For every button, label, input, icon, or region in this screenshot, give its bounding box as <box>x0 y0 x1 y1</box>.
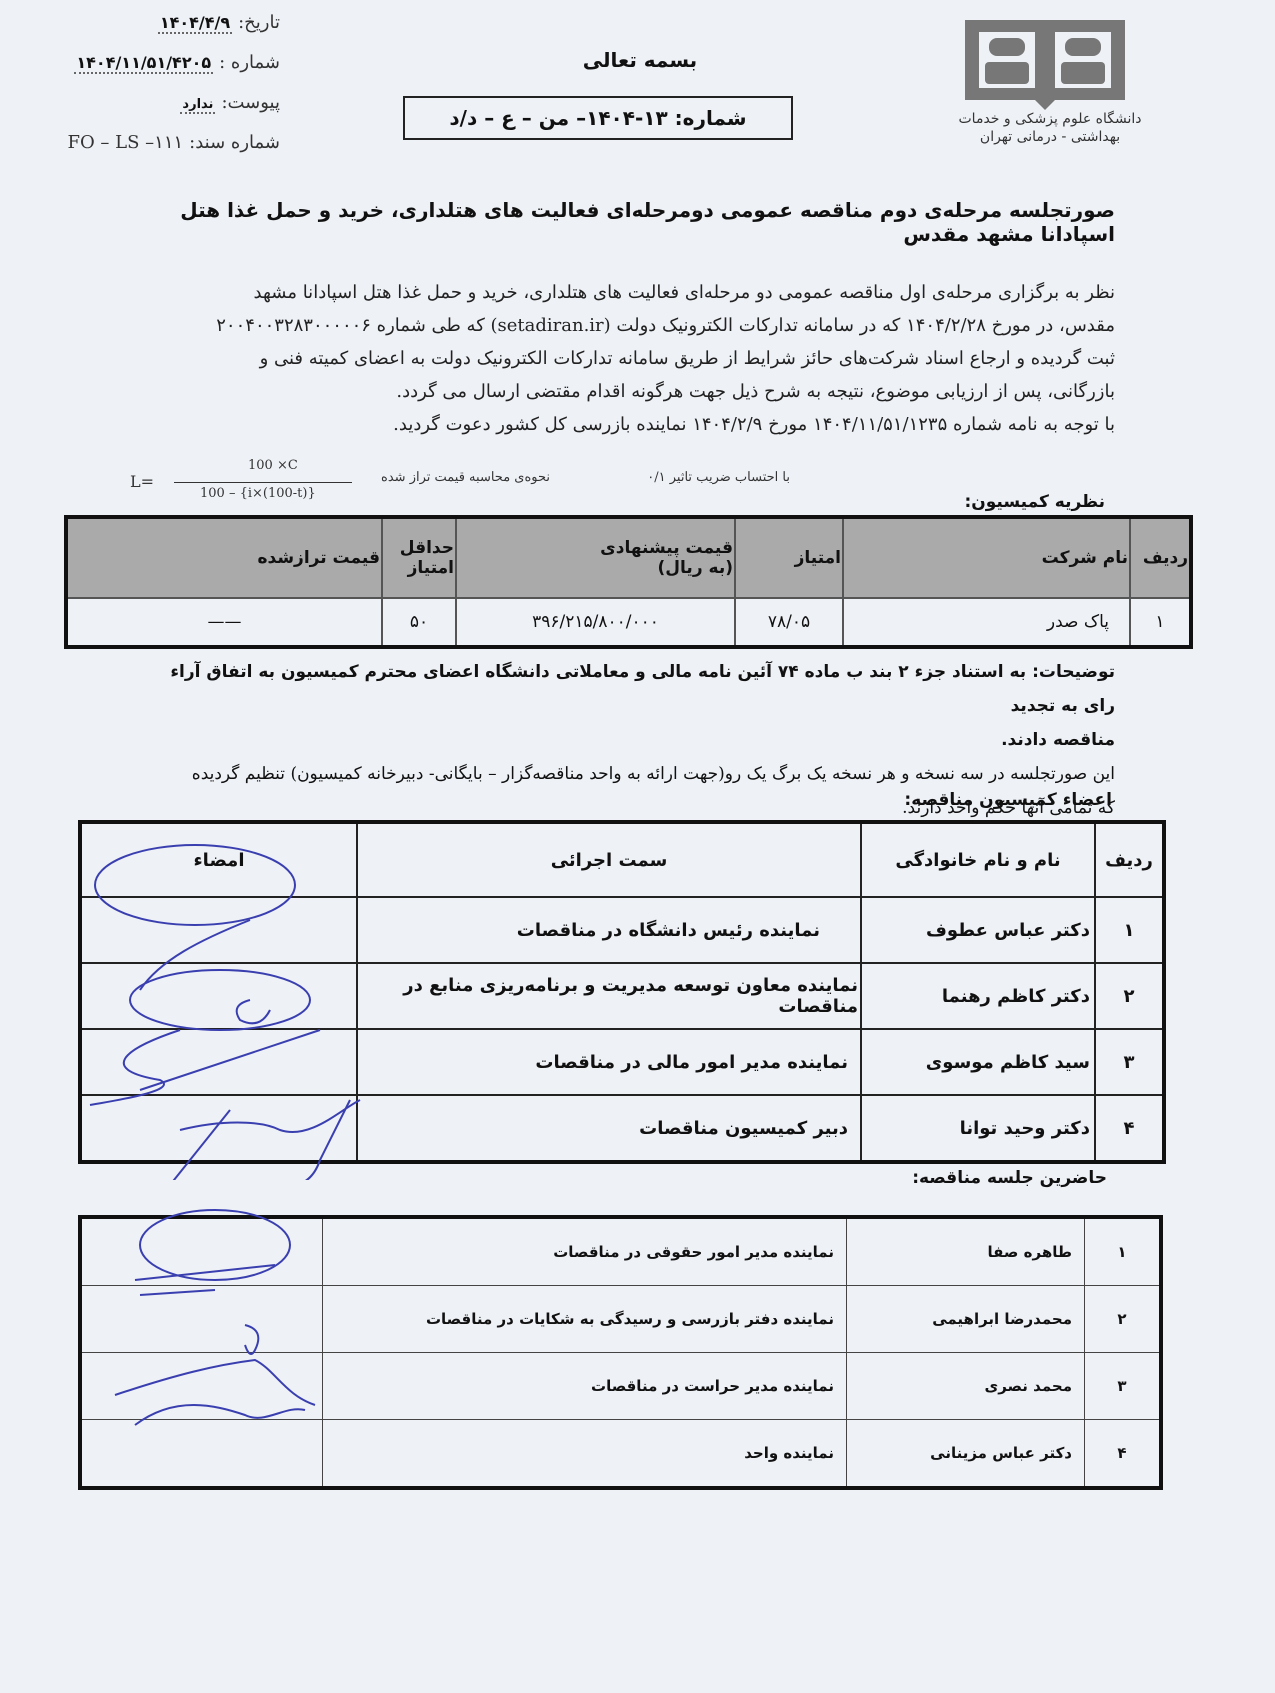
cell-name: سید کاظم موسوی <box>861 1029 1095 1095</box>
document-title: صورتجلسه مرحله‌ی دوم مناقصه عمومی دومرحل… <box>180 198 1115 246</box>
cell-row-number: ۱ <box>1085 1217 1162 1286</box>
intro-line: با توجه به نامه شماره ۱۴۰۴/۱۱/۵۱/۱۲۳۵ مو… <box>155 408 1115 441</box>
university-logo <box>965 20 1125 110</box>
formula-numerator: 100 ×C <box>248 458 298 473</box>
cell-name: دکتر عباس مزینانی <box>847 1420 1085 1489</box>
cell-signature <box>80 1217 323 1286</box>
university-name: دانشگاه علوم پزشکی و خدمات بهداشتی - درم… <box>955 110 1145 146</box>
table-row: ۲ محمدرضا ابراهیمی نماینده دفتر بازرسی و… <box>80 1286 1161 1353</box>
cell-row-number: ۴ <box>1095 1095 1164 1162</box>
intro-paragraph: نظر به برگزاری مرحله‌ی اول مناقصه عمومی … <box>155 276 1115 441</box>
cell-row-number: ۱ <box>1130 598 1191 647</box>
table-row: ۱ طاهره صفا نماینده مدیر امور حقوقی در م… <box>80 1217 1161 1286</box>
cell-role: نماینده دفتر بازرسی و رسیدگی به شکایات د… <box>323 1286 847 1353</box>
cell-row-number: ۳ <box>1085 1353 1162 1420</box>
cell-name: دکتر عباس عطوف <box>861 897 1095 963</box>
cell-row-number: ۳ <box>1095 1029 1164 1095</box>
cell-row-number: ۴ <box>1085 1420 1162 1489</box>
formula-coefficient: با احتساب ضریب تاثیر ۰/۱ <box>600 470 790 485</box>
header-price-line-2: (به ریال) <box>458 558 733 578</box>
university-line-2: بهداشتی - درمانی تهران <box>955 128 1145 146</box>
table-row: ۳ محمد نصری نماینده مدیر حراست در مناقصا… <box>80 1353 1161 1420</box>
attendees-label: حاضرین جلسه مناقصه: <box>800 1168 1107 1188</box>
header-min-line-1: حداقل <box>384 538 454 558</box>
cell-signature <box>80 897 357 963</box>
cell-min-score: ۵۰ <box>382 598 456 647</box>
number-label: شماره : <box>219 52 280 73</box>
attendees-table: ۱ طاهره صفا نماینده مدیر امور حقوقی در م… <box>78 1215 1163 1490</box>
date-value: ۱۴۰۴/۴/۹ <box>158 13 232 34</box>
cell-role: دبیر کمیسیون مناقصات <box>357 1095 861 1162</box>
cell-role: نماینده واحد <box>323 1420 847 1489</box>
header-min-score: حداقل امتیاز <box>382 517 456 598</box>
header-signature: امضاء <box>80 822 357 897</box>
intro-line: ثبت گردیده و ارجاع اسناد شرکت‌های حائز ش… <box>155 342 1115 375</box>
reference-number-box: شماره: ۱۳-۱۴۰۴– من – ع – د/د <box>403 96 793 140</box>
university-line-1: دانشگاه علوم پزشکی و خدمات <box>955 110 1145 128</box>
cell-leveled-price: —— <box>66 598 382 647</box>
members-table: ردیف نام و نام خانوادگی سمت اجرائی امضاء… <box>78 820 1166 1164</box>
header-company: نام شرکت <box>843 517 1130 598</box>
cell-score: ۷۸/۰۵ <box>735 598 843 647</box>
header-row-number: ردیف <box>1130 517 1191 598</box>
bids-table-header: ردیف نام شرکت امتیاز قیمت پیشنهادی (به ر… <box>66 517 1191 598</box>
cell-company: پاک صدر <box>843 598 1130 647</box>
table-row: ۳ سید کاظم موسوی نماینده مدیر امور مالی … <box>80 1029 1164 1095</box>
header-row-number: ردیف <box>1095 822 1164 897</box>
formula-denominator: 100 – {i×(100-t)} <box>200 486 316 501</box>
table-row: ۲ دکتر کاظم رهنما نماینده معاون توسعه مد… <box>80 963 1164 1029</box>
notes-line: مناقصه دادند. <box>140 723 1115 757</box>
cell-name: محمدرضا ابراهیمی <box>847 1286 1085 1353</box>
members-label: اعضاء کمیسیون مناقصه: <box>800 790 1112 810</box>
doc-number-value: FO – LS –۱۱۱ <box>67 132 183 153</box>
cell-name: محمد نصری <box>847 1353 1085 1420</box>
cell-signature <box>80 1029 357 1095</box>
intro-line: مقدس، در مورخ ۱۴۰۴/۲/۲۸ که در سامانه تدا… <box>155 309 1115 342</box>
cell-role: نماینده مدیر امور مالی در مناقصات <box>357 1029 861 1095</box>
date-label: تاریخ: <box>238 12 280 33</box>
header-proposed-price: قیمت پیشنهادی (به ریال) <box>456 517 735 598</box>
cell-role: نماینده رئیس دانشگاه در مناقصات <box>357 897 861 963</box>
cell-role: نماینده معاون توسعه مدیریت و برنامه‌ریزی… <box>357 963 861 1029</box>
bids-table: ردیف نام شرکت امتیاز قیمت پیشنهادی (به ر… <box>64 515 1193 649</box>
intro-line: بازرگانی، پس از ارزیابی موضوع، نتیجه به … <box>155 375 1115 408</box>
cell-row-number: ۲ <box>1085 1286 1162 1353</box>
attachment-value: ندارد <box>180 97 215 114</box>
table-row: ۱ پاک صدر ۷۸/۰۵ ۳۹۶/۲۱۵/۸۰۰/۰۰۰ ۵۰ —— <box>66 598 1191 647</box>
cell-price: ۳۹۶/۲۱۵/۸۰۰/۰۰۰ <box>456 598 735 647</box>
number-row: شماره : ۱۴۰۴/۱۱/۵۱/۴۲۰۵ <box>40 52 280 92</box>
cell-signature <box>80 1286 323 1353</box>
header-full-name: نام و نام خانوادگی <box>861 822 1095 897</box>
cell-row-number: ۲ <box>1095 963 1164 1029</box>
formula-divider <box>174 482 352 483</box>
bismillah-heading: بسمه تعالی <box>540 48 740 72</box>
attachment-label: پیوست: <box>221 92 280 113</box>
notes-line: این صورتجلسه در سه نسخه و هر نسخه یک برگ… <box>140 757 1115 791</box>
cell-role: نماینده مدیر امور حقوقی در مناقصات <box>323 1217 847 1286</box>
formula-caption: نحوه‌ی محاسبه قیمت تراز شده <box>380 470 550 485</box>
intro-line: نظر به برگزاری مرحله‌ی اول مناقصه عمومی … <box>155 276 1115 309</box>
notes-line: توضیحات: به استناد جزء ۲ بند ب ماده ۷۴ آ… <box>140 655 1115 723</box>
doc-number-row: شماره سند: FO – LS –۱۱۱ <box>40 132 280 172</box>
header-role: سمت اجرائی <box>357 822 861 897</box>
cell-row-number: ۱ <box>1095 897 1164 963</box>
table-row: ۴ دکتر عباس مزینانی نماینده واحد <box>80 1420 1161 1489</box>
table-row: ۱ دکتر عباس عطوف نماینده رئیس دانشگاه در… <box>80 897 1164 963</box>
number-value: ۱۴۰۴/۱۱/۵۱/۴۲۰۵ <box>74 53 213 74</box>
cell-signature <box>80 963 357 1029</box>
university-logo-icon <box>965 20 1125 110</box>
document-meta: تاریخ: ۱۴۰۴/۴/۹ شماره : ۱۴۰۴/۱۱/۵۱/۴۲۰۵ … <box>40 12 280 172</box>
members-table-header: ردیف نام و نام خانوادگی سمت اجرائی امضاء <box>80 822 1164 897</box>
cell-signature <box>80 1095 357 1162</box>
doc-number-label: شماره سند: <box>189 132 280 153</box>
commission-opinion-label: نظریه کمیسیون: <box>880 492 1105 512</box>
attachment-row: پیوست: ندارد <box>40 92 280 132</box>
table-row: ۴ دکتر وحید توانا دبیر کمیسیون مناقصات <box>80 1095 1164 1162</box>
cell-signature <box>80 1420 323 1489</box>
header-score: امتیاز <box>735 517 843 598</box>
cell-name: دکتر وحید توانا <box>861 1095 1095 1162</box>
header-min-line-2: امتیاز <box>384 558 454 578</box>
header-price-line-1: قیمت پیشنهادی <box>458 538 733 558</box>
leveled-price-formula: L= 100 ×C 100 – {i×(100-t)} نحوه‌ی محاسب… <box>130 458 790 508</box>
formula-lhs: L= <box>130 472 154 491</box>
cell-name: طاهره صفا <box>847 1217 1085 1286</box>
cell-role: نماینده مدیر حراست در مناقصات <box>323 1353 847 1420</box>
cell-name: دکتر کاظم رهنما <box>861 963 1095 1029</box>
date-row: تاریخ: ۱۴۰۴/۴/۹ <box>40 12 280 52</box>
header-leveled-price: قیمت ترازشده <box>66 517 382 598</box>
cell-signature <box>80 1353 323 1420</box>
